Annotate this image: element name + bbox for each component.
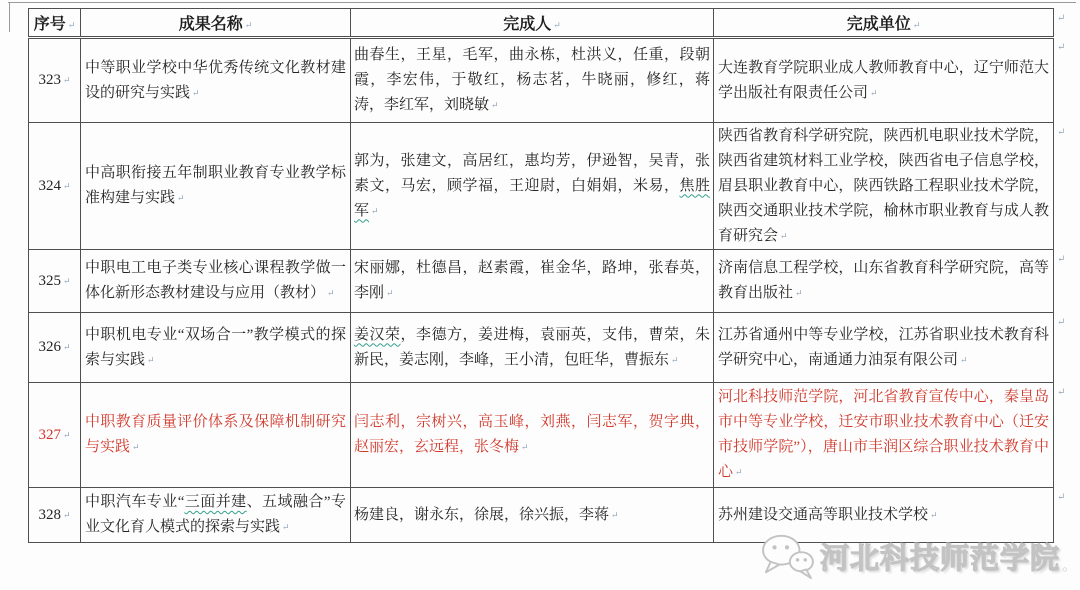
completers-cell: 曲春生，王星，毛军，曲永栋，杜洪义，任重，段朝霞，李宏伟，于敬红，杨志茗，牛晓丽… xyxy=(351,38,714,123)
col-header-serial: 序号 xyxy=(29,9,81,38)
achievement-name-cell: 中职教育质量评价体系及保障机制研究与实践 xyxy=(81,383,351,488)
cell-text: 大连教育学院职业成人教师教育中心，辽宁师范大学出版社有限责任公司 xyxy=(718,60,1049,101)
cell-text: 苏州建设交通高等职业技术学校 xyxy=(718,507,928,523)
misspell-underlined-text: 姜汉荣 xyxy=(354,327,401,343)
completers-cell: 郭为，张建文，高居红，惠均芳，伊逊智，吴青，张素文，马宏，顾学福，王迎尉，白娟娟… xyxy=(351,123,714,250)
end-of-row-mark: ↵ xyxy=(1057,43,1065,53)
cropped-gridline-top xyxy=(8,2,1076,3)
cell-text: 陕西省教育科学研究院，陕西机电职业技术学院，陕西省建筑材料工业学校，陕西省电子信… xyxy=(718,128,1049,244)
units-cell: 陕西省教育科学研究院，陕西机电职业技术学院，陕西省建筑材料工业学校，陕西省电子信… xyxy=(714,123,1054,250)
completers-cell: 姜汉荣，李德方，姜进梅，袁丽英，支伟，曹荣，朱新民，姜志刚，李峰，王小清，包旺华… xyxy=(351,313,714,383)
end-of-row-mark: ↵ xyxy=(1057,388,1065,398)
units-cell: 河北科技师范学院，河北省教育宣传中心，秦皇岛市中等专业学校，迁安市职业技术教育中… xyxy=(714,383,1054,488)
cell-text: 宋丽娜，杜德昌，赵素霞，崔金华，路坤，张春英，李刚 xyxy=(354,260,710,301)
table-row: 327中职教育质量评价体系及保障机制研究与实践闫志利，宗树兴，高玉峰，刘燕，闫志… xyxy=(29,383,1054,488)
cell-text: 中高职衔接五年制职业教育专业教学标准构建与实践 xyxy=(85,165,346,206)
col-header-units: 完成单位 xyxy=(714,9,1054,38)
col-header-completers: 完成人 xyxy=(351,9,714,38)
col-header-achievement: 成果名称 xyxy=(81,9,351,38)
end-of-row-mark: ↵ xyxy=(1057,493,1065,503)
completers-cell: 闫志利，宗树兴，高玉峰，刘燕，闫志军，贺字典，赵丽宏，玄远程，张冬梅 xyxy=(351,383,714,488)
table-row: 323中等职业学校中华优秀传统文化教材建设的研究与实践曲春生，王星，毛军，曲永栋… xyxy=(29,38,1054,123)
watermark-period: 。 xyxy=(1062,552,1077,580)
completers-cell: 杨建良，谢永东，徐展，徐兴振，李蒋 xyxy=(351,488,714,543)
watermark-text: 河北科技师范学院 xyxy=(820,536,1060,577)
units-cell: 大连教育学院职业成人教师教育中心，辽宁师范大学出版社有限责任公司 xyxy=(714,38,1054,123)
achievement-name-cell: 中职电工电子类专业核心课程教学做一体化新形态教材建设与应用（教材） xyxy=(81,250,351,313)
results-table: 序号 成果名称 完成人 完成单位 323中等职业学校中华优秀传统文化教材建设的研… xyxy=(28,8,1054,543)
achievement-name-cell: 中职机电专业“双场合一”教学模式的探索与实践 xyxy=(81,313,351,383)
results-table-body: 323中等职业学校中华优秀传统文化教材建设的研究与实践曲春生，王星，毛军，曲永栋… xyxy=(29,38,1054,543)
cropped-gridline-left xyxy=(9,2,10,32)
table-row: 324中高职衔接五年制职业教育专业教学标准构建与实践郭为，张建文，高居红，惠均芳… xyxy=(29,123,1054,250)
serial-cell: 323 xyxy=(29,38,81,123)
serial-cell: 328 xyxy=(29,488,81,543)
table-header-row: 序号 成果名称 完成人 完成单位 xyxy=(29,9,1054,38)
serial-cell: 326 xyxy=(29,313,81,383)
cell-text: 中职机电专业“双场合一”教学模式的探索与实践 xyxy=(85,327,346,368)
cell-text: 江苏省通州中等专业学校，江苏省职业技术教育科学研究中心，南通通力油泵有限公司 xyxy=(718,327,1049,368)
cell-text: 郭为，张建文，高居红，惠均芳，伊逊智，吴青，张素文，马宏，顾学福，王迎尉，白娟娟… xyxy=(354,153,710,194)
wechat-icon xyxy=(758,532,816,580)
document-page: 序号 成果名称 完成人 完成单位 323中等职业学校中华优秀传统文化教材建设的研… xyxy=(0,0,1080,590)
achievement-name-cell: 中等职业学校中华优秀传统文化教材建设的研究与实践 xyxy=(81,38,351,123)
cell-text: 中职电工电子类专业核心课程教学做一体化新形态教材建设与应用（教材） xyxy=(85,260,346,301)
misspell-underlined-text: 三面并建 xyxy=(184,494,246,510)
serial-cell: 324 xyxy=(29,123,81,250)
cell-text: 曲春生，王星，毛军，曲永栋，杜洪义，任重，段朝霞，李宏伟，于敬红，杨志茗，牛晓丽… xyxy=(354,47,710,113)
completers-cell: 宋丽娜，杜德昌，赵素霞，崔金华，路坤，张春英，李刚 xyxy=(351,250,714,313)
end-of-row-mark: ↵ xyxy=(1057,128,1065,138)
cell-text: 杨建良，谢永东，徐展，徐兴振，李蒋 xyxy=(354,507,609,523)
serial-cell: 327 xyxy=(29,383,81,488)
end-of-row-marks: ↵↵↵↵↵↵↵ xyxy=(1057,8,1077,542)
serial-cell: 325 xyxy=(29,250,81,313)
watermark: 河北科技师范学院 。 xyxy=(758,532,1077,580)
table-row: 326中职机电专业“双场合一”教学模式的探索与实践姜汉荣，李德方，姜进梅，袁丽英… xyxy=(29,313,1054,383)
achievement-name-cell: 中职汽车专业“三面并建、五域融合”专业文化育人模式的探索与实践 xyxy=(81,488,351,543)
end-of-row-mark: ↵ xyxy=(1057,255,1065,265)
cell-text: 河北科技师范学院，河北省教育宣传中心，秦皇岛市中等专业学校，迁安市职业技术教育中… xyxy=(718,389,1049,480)
cell-text: 中职教育质量评价体系及保障机制研究与实践 xyxy=(85,414,346,455)
cell-text: 中职汽车专业“ xyxy=(85,494,184,510)
cell-text: 中等职业学校中华优秀传统文化教材建设的研究与实践 xyxy=(85,60,346,101)
table-row: 325中职电工电子类专业核心课程教学做一体化新形态教材建设与应用（教材）宋丽娜，… xyxy=(29,250,1054,313)
units-cell: 江苏省通州中等专业学校，江苏省职业技术教育科学研究中心，南通通力油泵有限公司 xyxy=(714,313,1054,383)
achievement-name-cell: 中高职衔接五年制职业教育专业教学标准构建与实践 xyxy=(81,123,351,250)
cell-text: 闫志利，宗树兴，高玉峰，刘燕，闫志军，贺字典，赵丽宏，玄远程，张冬梅 xyxy=(354,414,710,455)
units-cell: 济南信息工程学校，山东省教育科学研究院，高等教育出版社 xyxy=(714,250,1054,313)
cell-text: 济南信息工程学校，山东省教育科学研究院，高等教育出版社 xyxy=(718,260,1049,301)
cell-text: ，李德方，姜进梅，袁丽英，支伟，曹荣，朱新民，姜志刚，李峰，王小清，包旺华，曹振… xyxy=(354,327,710,368)
end-of-row-mark: ↵ xyxy=(1057,14,1065,24)
end-of-row-mark: ↵ xyxy=(1057,318,1065,328)
